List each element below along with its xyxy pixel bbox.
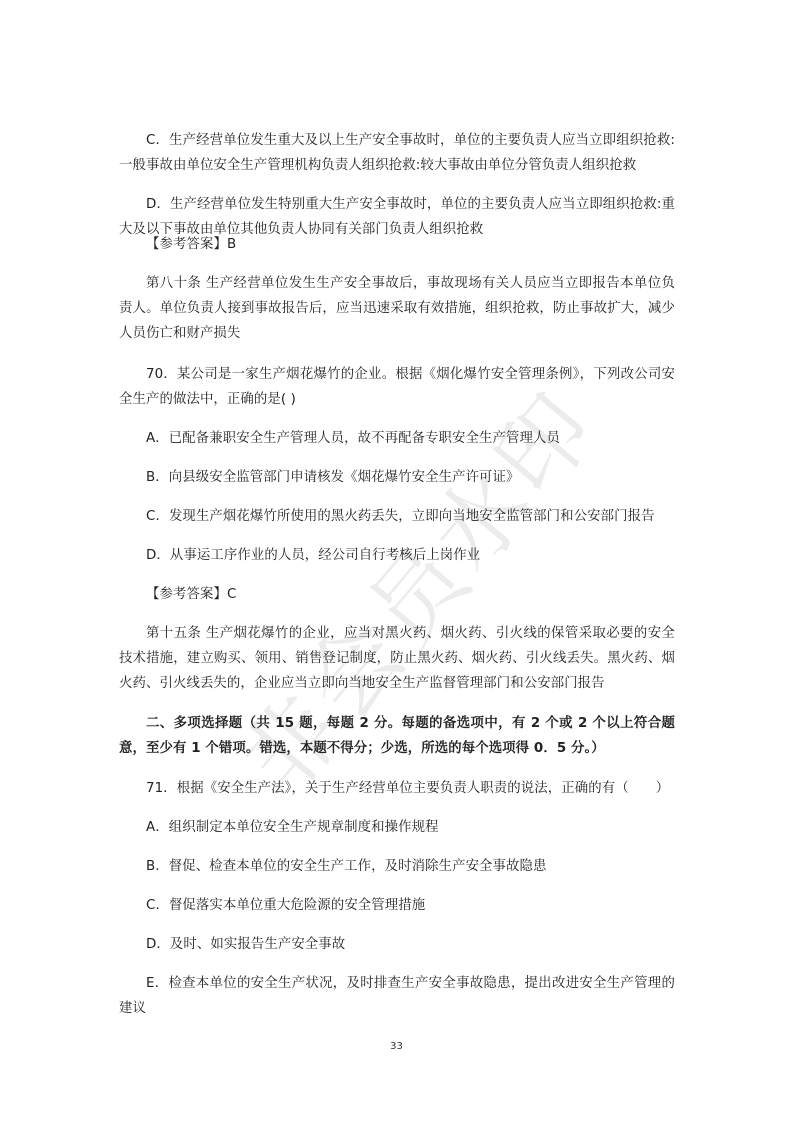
q69-explanation: 第八十条 生产经营单位发生生产安全事故后，事故现场有关人员应当立即报告本单位负责…	[119, 271, 675, 346]
q70-stem: 70．某公司是一家生产烟花爆竹的企业。根据《烟化爆竹安全管理条例》，下列改公司安…	[119, 362, 675, 412]
q70-answer: 【参考答案】C	[119, 582, 675, 607]
q69-option-c: C．生产经营单位发生重大及以上生产安全事故时，单位的主要负责人应当立即组织抢救:…	[119, 128, 675, 178]
q71-option-b: B．督促、检查本单位的安全生产工作，及时消除生产安全事故隐患	[119, 854, 675, 879]
q71-option-a: A．组织制定本单位安全生产规章制度和操作规程	[119, 815, 675, 840]
q71-option-d: D．及时、如实报告生产安全事故	[119, 932, 675, 957]
q70-option-b: B．向县级安全监管部门申请核发《烟花爆竹安全生产许可证》	[119, 465, 675, 490]
page-number: 33	[0, 1041, 793, 1052]
section-2-heading: 二、多项选择题（共 15 题，每题 2 分。每题的备选项中，有 2 个或 2 个…	[119, 711, 675, 761]
q71-stem: 71．根据《安全生产法》，关于生产经营单位主要负责人职责的说法，正确的有（ ）	[119, 776, 675, 801]
q70-option-c: C．发现生产烟花爆竹所使用的黑火药丢失，立即向当地安全监管部门和公安部门报告	[119, 504, 675, 529]
q70-option-a: A．已配备兼职安全生产管理人员，故不再配备专职安全生产管理人员	[119, 426, 675, 451]
q69-answer: 【参考答案】B	[119, 232, 675, 257]
q71-option-e: E．检查本单位的安全生产状况，及时排查生产安全事故隐患，提出改进安全生产管理的建…	[119, 971, 675, 1021]
q70-explanation: 第十五条 生产烟花爆竹的企业，应当对黑火药、烟火药、引火线的保管采取必要的安全技…	[119, 621, 675, 696]
document-page: 非会员水印 C．生产经营单位发生重大及以上生产安全事故时，单位的主要负责人应当立…	[0, 0, 793, 1122]
q71-option-c: C．督促落实本单位重大危险源的安全管理措施	[119, 893, 675, 918]
q70-option-d: D．从事运工序作业的人员，经公司自行考核后上岗作业	[119, 543, 675, 568]
